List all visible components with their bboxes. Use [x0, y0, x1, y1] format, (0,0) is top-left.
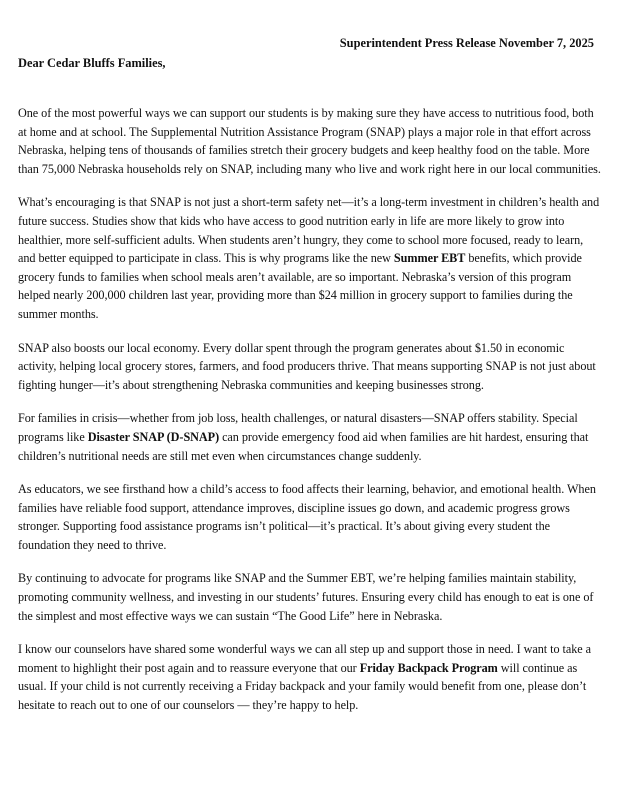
paragraph-text: One of the most powerful ways we can sup… — [18, 106, 601, 176]
paragraph-crisis-support: For families in crisis—whether from job … — [18, 409, 602, 465]
paragraph-friday-backpack: I know our counselors have shared some w… — [18, 640, 602, 714]
salutation: Dear Cedar Bluffs Families, — [18, 56, 166, 71]
paragraph-text: By continuing to advocate for programs l… — [18, 571, 593, 622]
paragraph-educators: As educators, we see firsthand how a chi… — [18, 480, 602, 554]
d-snap-emphasis: Disaster SNAP (D-SNAP) — [88, 430, 219, 444]
paragraph-summer-ebt: What’s encouraging is that SNAP is not j… — [18, 193, 602, 323]
friday-backpack-emphasis: Friday Backpack Program — [360, 661, 498, 675]
paragraph-local-economy: SNAP also boosts our local economy. Ever… — [18, 339, 602, 395]
paragraph-advocacy: By continuing to advocate for programs l… — [18, 569, 602, 625]
letter-body: One of the most powerful ways we can sup… — [18, 104, 602, 730]
summer-ebt-emphasis: Summer EBT — [394, 251, 465, 265]
paragraph-text: As educators, we see firsthand how a chi… — [18, 482, 596, 552]
press-release-header: Superintendent Press Release November 7,… — [18, 36, 594, 51]
paragraph-text: SNAP also boosts our local economy. Ever… — [18, 341, 596, 392]
paragraph-nutrition-access: One of the most powerful ways we can sup… — [18, 104, 602, 178]
